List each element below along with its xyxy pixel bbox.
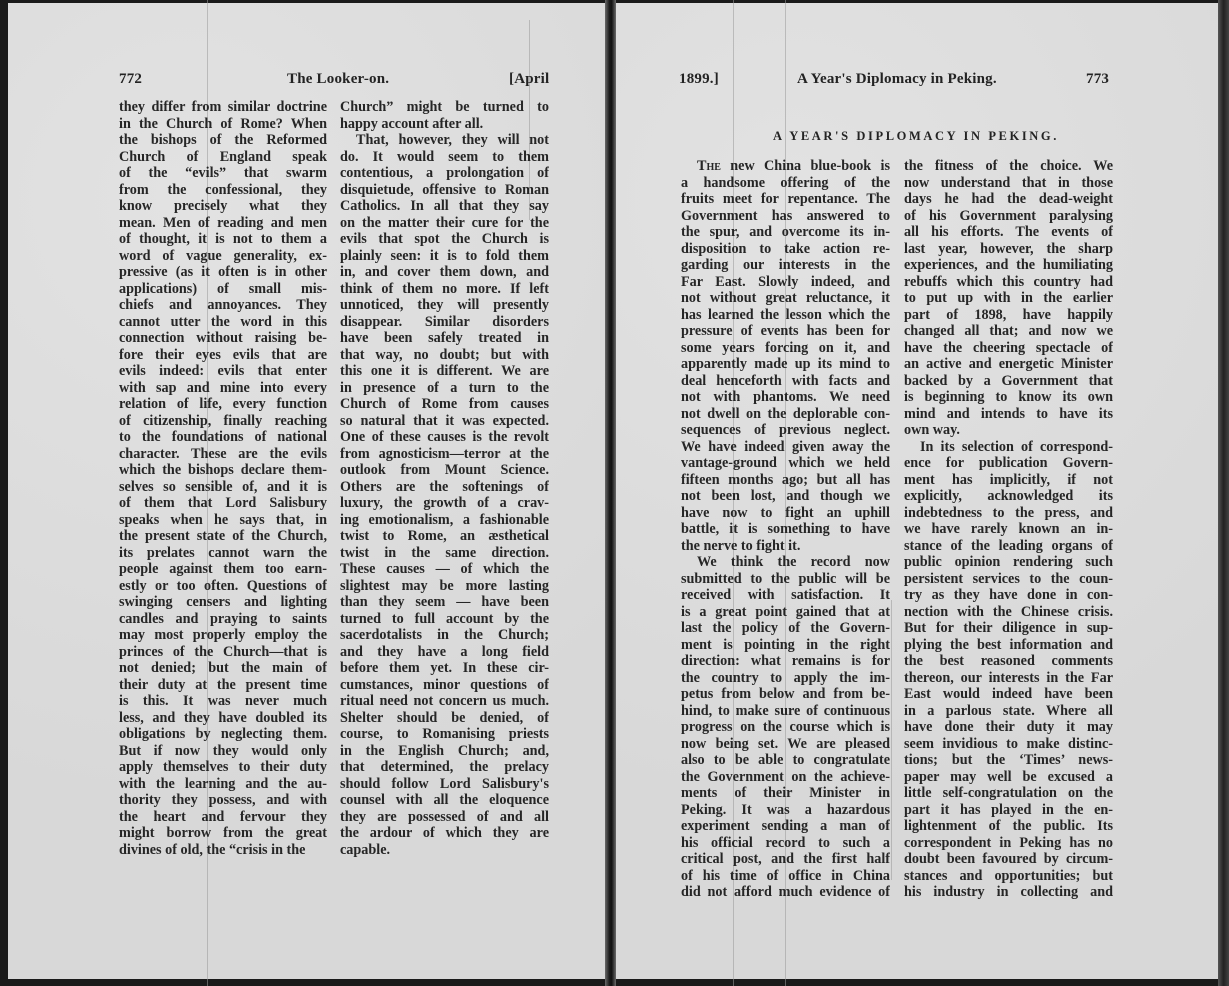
text-line: of thought, it is not to them a xyxy=(119,231,327,248)
text-line: These causes — of which the xyxy=(340,561,549,578)
text-line: so natural that it was expected. xyxy=(340,413,549,430)
text-line: twist to Rome, an æsthetical xyxy=(340,528,549,545)
text-line: pressive (as it often is in other xyxy=(119,264,327,281)
text-line: to put up with in the earlier xyxy=(904,290,1113,307)
text-line: know precisely what they xyxy=(119,198,327,215)
text-line: apparently made up its mind to xyxy=(681,356,890,373)
text-line: Peking. It was a hazardous xyxy=(681,802,890,819)
text-line: paper may well be excused a xyxy=(904,769,1113,786)
text-line: nection with the Chinese crisis. xyxy=(904,604,1113,621)
text-line: the Government on the achieve- xyxy=(681,769,890,786)
text-line: mind and intends to have its xyxy=(904,406,1113,423)
text-line: Government has answered to xyxy=(681,208,890,225)
text-line: chiefs and annoyances. They xyxy=(119,297,327,314)
text-line: the best reasoned comments xyxy=(904,653,1113,670)
text-line: in the Church of Rome? When xyxy=(119,116,327,133)
text-line: pressure of events has been for xyxy=(681,323,890,340)
text-line: in, and cover them down, and xyxy=(340,264,549,281)
text-line: speaks when he says that, in xyxy=(119,512,327,529)
text-line: with sap and mine into every xyxy=(119,380,327,397)
running-title-left: The Looker-on. xyxy=(287,71,389,88)
text-line: Church of England speak xyxy=(119,149,327,166)
text-line: they are possessed of and all xyxy=(340,809,549,826)
text-line: should follow Lord Salisbury's xyxy=(340,776,549,793)
text-line: own way. xyxy=(904,422,1113,439)
text-line: not dwell on the deplorable con- xyxy=(681,406,890,423)
book-gutter xyxy=(605,0,616,986)
text-line: Far East. Slowly indeed, and xyxy=(681,274,890,291)
text-line: stance of the leading organs of xyxy=(904,538,1113,555)
text-line: this one it is different. We are xyxy=(340,363,549,380)
text-line: have been safely treated in xyxy=(340,330,549,347)
text-line: of his time of office in China xyxy=(681,868,890,885)
text-line: persistent services to the coun- xyxy=(904,571,1113,588)
text-line: ment has implicitly, if not xyxy=(904,472,1113,489)
text-line: might borrow from the great xyxy=(119,825,327,842)
text-line: applications) of small mis- xyxy=(119,281,327,298)
text-line: twist in the same direction. xyxy=(340,545,549,562)
running-date-left: [April xyxy=(509,71,549,88)
text-line: which the bishops declare them- xyxy=(119,462,327,479)
text-line: his official record to such a xyxy=(681,835,890,852)
text-line: part it has played in the en- xyxy=(904,802,1113,819)
text-line: thority they possess, and with xyxy=(119,792,327,809)
text-line: happy account after all. xyxy=(340,116,549,133)
text-line: mean. Men of reading and men xyxy=(119,215,327,232)
text-line: deal henceforth with facts and xyxy=(681,373,890,390)
text-line: have the cheering spectacle of xyxy=(904,340,1113,357)
text-line: petus from below and from be- xyxy=(681,686,890,703)
small-caps-opening: The xyxy=(697,158,721,174)
text-line: little self-congratulation on the xyxy=(904,785,1113,802)
text-line: people against them too earn- xyxy=(119,561,327,578)
text-line: the country to apply the im- xyxy=(681,670,890,687)
text-line: the nerve to fight it. xyxy=(681,538,890,555)
text-line: critical post, and the first half xyxy=(681,851,890,868)
text-line: disquietude, offensive to Roman xyxy=(340,182,549,199)
text-line: of citizenship, finally reaching xyxy=(119,413,327,430)
text-line: ing emotionalism, a fashionable xyxy=(340,512,549,529)
text-line: they differ from similar doctrine xyxy=(119,99,327,116)
text-line: from agnosticism—terror at the xyxy=(340,446,549,463)
text-line: now being set. We are pleased xyxy=(681,736,890,753)
text-line: luxury, the growth of a crav- xyxy=(340,495,549,512)
text-line: counsel with all the eloquence xyxy=(340,792,549,809)
text-line: lightenment of the public. Its xyxy=(904,818,1113,835)
text-line: the fitness of the choice. We xyxy=(904,158,1113,175)
text-line: princes of the Church—that is xyxy=(119,644,327,661)
text-line: connection without raising be- xyxy=(119,330,327,347)
text-line: East would indeed have been xyxy=(904,686,1113,703)
text-line: than they seem — have been xyxy=(340,594,549,611)
text-line: outlook from Mount Science. xyxy=(340,462,549,479)
text-line: vantage-ground which we held xyxy=(681,455,890,472)
text-line: capable. xyxy=(340,842,549,859)
text-line: indebtedness to the press, and xyxy=(904,505,1113,522)
text-line: backed by a Government that xyxy=(904,373,1113,390)
text-line: disposition to take action re- xyxy=(681,241,890,258)
text-line: have done their duty it may xyxy=(904,719,1113,736)
text-line: slightest may be more lasting xyxy=(340,578,549,595)
text-line: rebuffs which this country had xyxy=(904,274,1113,291)
text-line: ment is pointing in the right xyxy=(681,637,890,654)
text-line: is a great point gained that at xyxy=(681,604,890,621)
text-line: we have rarely known an in- xyxy=(904,521,1113,538)
text-line: is beginning to know its own xyxy=(904,389,1113,406)
text-line: cumstances, minor questions of xyxy=(340,677,549,694)
text-line: Others are the softenings of xyxy=(340,479,549,496)
text-line: fruits meet for repentance. The xyxy=(681,191,890,208)
text-line: all his efforts. The events of xyxy=(904,224,1113,241)
text-line: his industry in collecting and xyxy=(904,884,1113,901)
text-line: in the English Church; and, xyxy=(340,743,549,760)
text-line: less, and they have doubled its xyxy=(119,710,327,727)
text-line: of the “evils” that swarm xyxy=(119,165,327,182)
text-line: a handsome offering of the xyxy=(681,175,890,192)
text-line: sacerdotalists in the Church; xyxy=(340,627,549,644)
text-line: from the confessional, they xyxy=(119,182,327,199)
text-line: direction: what remains is for xyxy=(681,653,890,670)
right-page-column-2: the fitness of the choice. Wenow underst… xyxy=(904,158,1113,901)
text-line: sequences of previous neglect. xyxy=(681,422,890,439)
text-line: character. These are the evils xyxy=(119,446,327,463)
right-page-column-1: The new China blue-book isa handsome off… xyxy=(681,158,890,901)
text-line: But for their diligence in sup- xyxy=(904,620,1113,637)
text-line: the spur, and overcome its in- xyxy=(681,224,890,241)
text-line: ritual need not concern us much. xyxy=(340,693,549,710)
text-line: also to be able to congratulate xyxy=(681,752,890,769)
text-line: garding our interests in the xyxy=(681,257,890,274)
text-line: is this. It was never much xyxy=(119,693,327,710)
text-line: candles and praying to saints xyxy=(119,611,327,628)
text-line: last the policy of the Govern- xyxy=(681,620,890,637)
text-line: The new China blue-book is xyxy=(681,158,890,175)
text-line: days he had the dead-weight xyxy=(904,191,1113,208)
text-line: fifteen months ago; but all has xyxy=(681,472,890,489)
text-line: on the matter their cure for the xyxy=(340,215,549,232)
text-line: But if now they would only xyxy=(119,743,327,760)
text-line: We think the record now xyxy=(681,554,890,571)
text-line: not with phantoms. We need xyxy=(681,389,890,406)
text-line: that way, no doubt; but with xyxy=(340,347,549,364)
text-line: not denied; but the main of xyxy=(119,660,327,677)
text-line: some years forcing on it, and xyxy=(681,340,890,357)
text-line: think of them no more. If left xyxy=(340,281,549,298)
article-title: A YEAR'S DIPLOMACY IN PEKING. xyxy=(614,129,1218,144)
text-line: Church” might be turned to xyxy=(340,99,549,116)
text-line: stances and opportunities; but xyxy=(904,868,1113,885)
text-line: plying the best information and xyxy=(904,637,1113,654)
text-line: part of 1898, have happily xyxy=(904,307,1113,324)
text-line: now understand that in those xyxy=(904,175,1113,192)
text-line: public opinion rendering such xyxy=(904,554,1113,571)
text-line: the bishops of the Reformed xyxy=(119,132,327,149)
text-line: Church of Rome from causes xyxy=(340,396,549,413)
text-line: to the foundations of national xyxy=(119,429,327,446)
left-page-column-1: they differ from similar doctrinein the … xyxy=(119,99,327,858)
text-line: battle, it is something to have xyxy=(681,521,890,538)
text-line: progress on the course which is xyxy=(681,719,890,736)
left-page-column-2: Church” might be turned tohappy account … xyxy=(340,99,549,858)
text-line: with the learning and the au- xyxy=(119,776,327,793)
text-line: may most properly employ the xyxy=(119,627,327,644)
text-line: before them yet. In these cir- xyxy=(340,660,549,677)
text-line: turned to full account by the xyxy=(340,611,549,628)
text-line: That, however, they will not xyxy=(340,132,549,149)
text-line: ments of their Minister in xyxy=(681,785,890,802)
running-date-right: 1899.] xyxy=(679,71,719,88)
running-title-right: A Year's Diplomacy in Peking. xyxy=(797,71,997,88)
text-line: In its selection of correspond- xyxy=(904,439,1113,456)
text-line: seem invidious to make distinc- xyxy=(904,736,1113,753)
text-line: submitted to the public will be xyxy=(681,571,890,588)
text-line: that determined, the prelacy xyxy=(340,759,549,776)
text-line: has learned the lesson which the xyxy=(681,307,890,324)
page-edge xyxy=(1218,0,1229,986)
text-line: obligations by neglecting them. xyxy=(119,726,327,743)
text-line: unnoticed, they will presently xyxy=(340,297,549,314)
text-line: thereon, our interests in the Far xyxy=(904,670,1113,687)
text-line: selves so sensible of, and it is xyxy=(119,479,327,496)
text-line: ence for publication Govern- xyxy=(904,455,1113,472)
text-line: explicitly, acknowledged its xyxy=(904,488,1113,505)
text-line: experiment sending a man of xyxy=(681,818,890,835)
text-line: We have indeed given away the xyxy=(681,439,890,456)
text-line: its prelates cannot warn the xyxy=(119,545,327,562)
text-line: Catholics. In all that they say xyxy=(340,198,549,215)
text-line: fore their eyes evils that are xyxy=(119,347,327,364)
scan-line xyxy=(891,600,892,880)
text-line: not been lost, and though we xyxy=(681,488,890,505)
text-line: Shelter should be denied, of xyxy=(340,710,549,727)
text-line: did not afford much evidence of xyxy=(681,884,890,901)
text-line: in presence of a turn to the xyxy=(340,380,549,397)
text-line: of his Government paralysing xyxy=(904,208,1113,225)
text-line: One of these causes is the revolt xyxy=(340,429,549,446)
text-line: experiences, and the humiliating xyxy=(904,257,1113,274)
text-line: swinging censers and lighting xyxy=(119,594,327,611)
text-line: do. It would seem to them xyxy=(340,149,549,166)
page-number-left: 772 xyxy=(119,71,142,88)
text-line: plainly seen: it is to fold them xyxy=(340,248,549,265)
text-line: try as they have done in con- xyxy=(904,587,1113,604)
text-line: their duty at the present time xyxy=(119,677,327,694)
text-line: in a parlous state. Where all xyxy=(904,703,1113,720)
text-line: disappear. Similar disorders xyxy=(340,314,549,331)
text-line: estly or too often. Questions of xyxy=(119,578,327,595)
text-line: the present state of the Church, xyxy=(119,528,327,545)
text-line: last year, however, the sharp xyxy=(904,241,1113,258)
text-line: relation of life, every function xyxy=(119,396,327,413)
text-line: course, to Romanising priests xyxy=(340,726,549,743)
text-line: correspondent in Peking has no xyxy=(904,835,1113,852)
text-line: the heart and fervour they xyxy=(119,809,327,826)
text-line: apply themselves to their duty xyxy=(119,759,327,776)
text-line: the ardour of which they are xyxy=(340,825,549,842)
page-number-right: 773 xyxy=(1086,71,1109,88)
text-line: evils that spot the Church is xyxy=(340,231,549,248)
text-line: hind, to make sure of continuous xyxy=(681,703,890,720)
text-line: received with satisfaction. It xyxy=(681,587,890,604)
text-line: not without great reluctance, it xyxy=(681,290,890,307)
text-line: tions; but the ‘Times’ news- xyxy=(904,752,1113,769)
text-line: of them that Lord Salisbury xyxy=(119,495,327,512)
text-line: evils indeed: evils that enter xyxy=(119,363,327,380)
text-line: have now to fight an uphill xyxy=(681,505,890,522)
text-line: contentious, a prolongation of xyxy=(340,165,549,182)
text-line: divines of old, the “crisis in the xyxy=(119,842,327,859)
text-line: cannot utter the word in this xyxy=(119,314,327,331)
text-line: word of vague generality, ex- xyxy=(119,248,327,265)
text-line: and they have a long field xyxy=(340,644,549,661)
text-line: doubt been favoured by circum- xyxy=(904,851,1113,868)
text-line: an active and energetic Minister xyxy=(904,356,1113,373)
text-line: changed all that; and now we xyxy=(904,323,1113,340)
